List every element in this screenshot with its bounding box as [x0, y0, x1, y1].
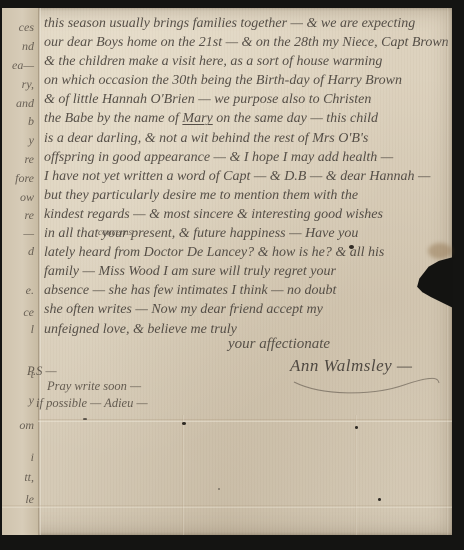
vertical-fold-crease-mid-left [182, 415, 184, 535]
tear-discoloration [428, 243, 452, 259]
underlined-word: Mary [182, 111, 212, 126]
text-line: she often writes — Now my dear friend ac… [44, 300, 449, 319]
text-line: the Babe by the name of Mary on the same… [44, 109, 449, 128]
postscript-line-1: Pray write soon — [47, 379, 141, 394]
edge-text-fragment: re [24, 152, 34, 167]
ink-speck [218, 488, 220, 490]
edge-text-fragment: tt, [24, 470, 34, 485]
edge-text-fragment: — [23, 226, 34, 241]
edge-text-fragment: re [24, 208, 34, 223]
text-line: absence — she has few intimates I think … [44, 281, 449, 300]
edge-text-fragment: e. [26, 283, 34, 298]
edge-text-fragment: ces [19, 20, 34, 35]
text-line: our dear Boys home on the 21st — & on th… [44, 33, 449, 52]
edge-text-fragment: om [19, 418, 34, 433]
text-line: lately heard from Doctor De Lancey? & ho… [44, 243, 449, 262]
closing-line: your affectionate [228, 336, 330, 353]
postscript-line-2: if possible — Adieu — [36, 396, 148, 411]
text-line: is a dear darling, & not a wit behind th… [44, 129, 449, 148]
text-line: family — Miss Wood I am sure will truly … [44, 262, 449, 281]
edge-text-fragment: l [31, 322, 34, 337]
postscript-label: P.S — [27, 364, 57, 379]
ink-speck [378, 498, 381, 501]
text-line: & the children make a visit here, as a s… [44, 52, 449, 71]
inserted-word: concerns [98, 224, 132, 243]
edge-text-fragment: b [28, 114, 34, 129]
text-line: kindest regards — & most sincere & inter… [44, 205, 449, 224]
edge-text-fragment: and [16, 96, 34, 111]
horizontal-fold-crease-upper [38, 419, 452, 422]
manuscript-photo: cesndea—ry,andbyreforeowre—de.celtyomitt… [0, 0, 464, 550]
edge-text-fragment: d [28, 244, 34, 259]
edge-text-fragment: ow [20, 190, 34, 205]
text-line: in all that concernsyour present, & futu… [44, 224, 449, 243]
ink-speck [83, 418, 87, 420]
letter-page: cesndea—ry,andbyreforeowre—de.celtyomitt… [2, 8, 452, 535]
text-line: on which occasion the 30th being the Bir… [44, 71, 449, 90]
edge-text-fragment: y [29, 133, 34, 148]
horizontal-fold-crease-lower [2, 505, 452, 508]
edge-text-fragment: ce [23, 305, 34, 320]
vertical-fold-crease [38, 8, 41, 535]
edge-text-fragment: nd [22, 39, 34, 54]
signature: Ann Walmsley — [290, 356, 413, 376]
text-line: offspring in good appearance — & I hope … [44, 148, 449, 167]
vertical-fold-crease-mid-right [355, 415, 357, 535]
text-line: this season usually brings families toge… [44, 14, 449, 33]
edge-text-fragment: y [29, 393, 34, 408]
edge-text-fragment: fore [15, 171, 34, 186]
letter-body: this season usually brings families toge… [44, 14, 449, 339]
text-line: but they particularly desire me to menti… [44, 186, 449, 205]
ink-speck [355, 426, 358, 429]
edge-text-fragment: ea— [12, 58, 34, 73]
text-line: & of little Hannah O'Brien — we purpose … [44, 90, 449, 109]
signature-flourish [292, 377, 442, 397]
adjacent-page-strip: cesndea—ry,andbyreforeowre—de.celtyomitt… [2, 8, 39, 535]
edge-text-fragment: ry, [22, 77, 34, 92]
ink-speck [182, 422, 186, 425]
text-line: I have not yet written a word of Capt — … [44, 167, 449, 186]
edge-text-fragment: i [31, 450, 34, 465]
ink-blot [349, 245, 354, 249]
